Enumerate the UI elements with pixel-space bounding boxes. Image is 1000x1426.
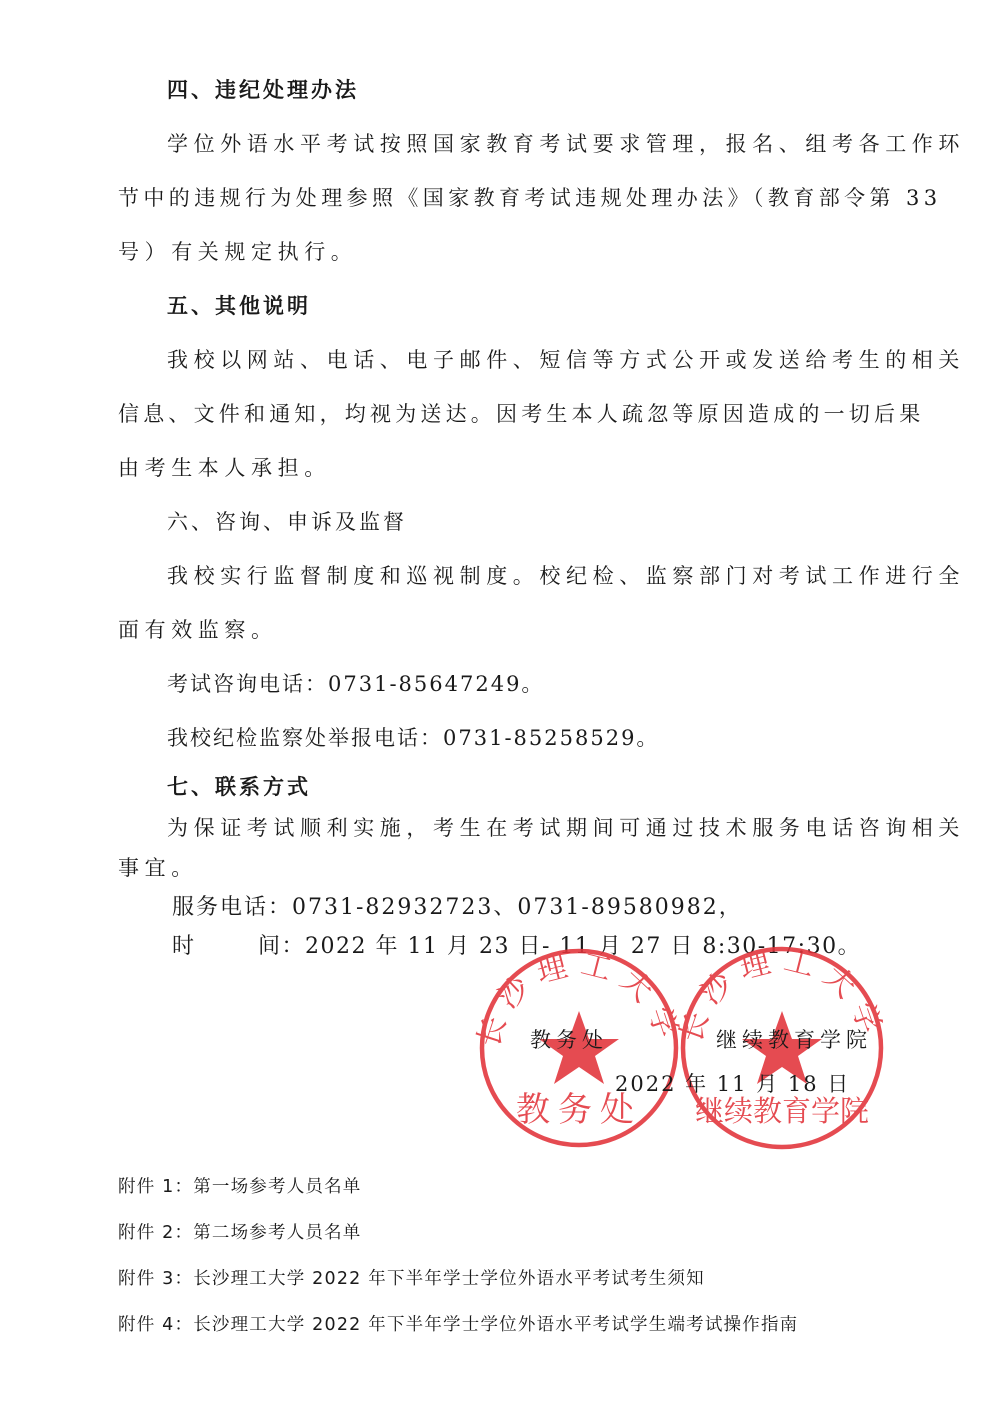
service-phone: 服务电话：0731-82932723、0731-89580982， xyxy=(172,897,743,919)
attachment-1: 附件 1：第一场参考人员名单 xyxy=(118,1179,362,1197)
section-5-paragraph-line-2: 信息、文件和通知，均视为送达。因考生本人疏忽等原因造成的一切后果 xyxy=(118,404,924,425)
section-6-heading: 六、咨询、申诉及监督 xyxy=(167,512,407,533)
section-5-paragraph-line-1: 我校以网站、电话、电子邮件、短信等方式公开或发送给考生的相关 xyxy=(167,350,965,371)
section-5-paragraph-line-3: 由考生本人承担。 xyxy=(118,458,331,479)
stamp-right-bottom-text: 继续教育学院 xyxy=(695,1094,869,1128)
discipline-hotline: 我校纪检监察处举报电话：0731-85258529。 xyxy=(167,728,659,749)
section-5-heading: 五、其他说明 xyxy=(167,296,311,317)
section-4-heading: 四、违纪处理办法 xyxy=(167,80,359,101)
section-6-paragraph-line-2: 面有效监察。 xyxy=(118,620,278,641)
section-4-paragraph-line-1: 学位外语水平考试按照国家教育考试要求管理，报名、组考各工作环 xyxy=(167,134,965,155)
section-7-paragraph-line-2: 事宜。 xyxy=(118,858,198,879)
section-6-paragraph-line-1: 我校实行监督制度和巡视制度。校纪检、监察部门对考试工作进行全 xyxy=(167,566,965,587)
section-4-paragraph-line-2: 节中的违规行为处理参照《国家教育考试违规处理办法》（教育部令第 33 xyxy=(118,188,942,209)
section-7-paragraph-line-1: 为保证考试顺利实施，考生在考试期间可通过技术服务电话咨询相关 xyxy=(167,818,965,839)
service-time-label: 时 xyxy=(172,936,200,958)
attachment-3: 附件 3：长沙理工大学 2022 年下半年学士学位外语水平考试考生须知 xyxy=(118,1271,705,1289)
stamp-left-bottom-text: 教务处 xyxy=(516,1090,642,1130)
signature-office-2: 继续教育学院 xyxy=(716,1030,872,1051)
attachment-2: 附件 2：第二场参考人员名单 xyxy=(118,1225,362,1243)
exam-hotline: 考试咨询电话：0731-85647249。 xyxy=(167,674,544,695)
signature-office-1: 教务处 xyxy=(530,1030,608,1051)
signature-date: 2022 年 11 月 18 日 xyxy=(615,1074,850,1095)
attachment-4: 附件 4：长沙理工大学 2022 年下半年学士学位外语水平考试学生端考试操作指南 xyxy=(118,1317,798,1335)
section-7-heading: 七、联系方式 xyxy=(167,777,311,798)
section-4-paragraph-line-3: 号）有关规定执行。 xyxy=(118,242,357,263)
